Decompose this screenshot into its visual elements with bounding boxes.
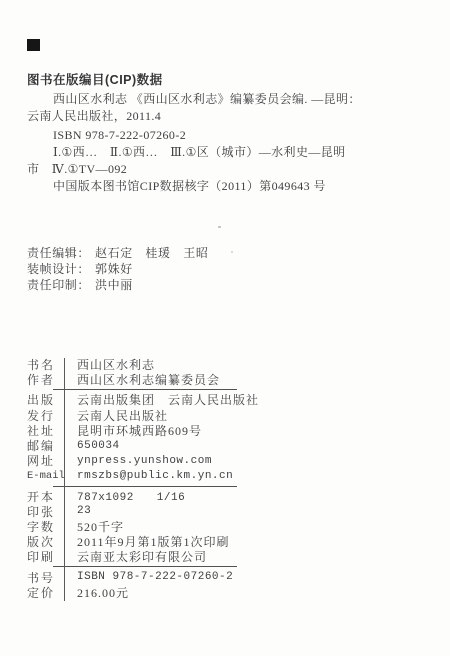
table-row-printer: 印刷 云南亚太彩印有限公司 [27,549,427,564]
cip-isbn-line: ISBN 978-7-222-07260-2 [27,127,427,144]
row-value: 650034 [64,440,120,452]
credit-label: 责任印制： [27,278,90,292]
row-label: 作者 [27,371,64,388]
row-label: 定价 [27,584,64,601]
row-value: 787x1092 1/16 [64,488,185,504]
table-row-website: 网址 ynpress.yunshow.com [27,453,427,468]
table-row-address: 社址 昆明市环城西路609号 [27,423,427,438]
credit-label: 装帧设计： [27,262,90,276]
credit-row-editor: 责任编辑：赵石定 桂瑗 王昭 [27,246,208,262]
credit-value: 赵石定 桂瑗 王昭 [95,246,208,260]
table-row-distributor: 发行 云南人民出版社 [27,408,427,423]
table-row-postcode: 邮编 650034 [27,438,427,453]
table-row-email: E-mail rmszbs@public.km.yn.cn [27,468,427,483]
credit-label: 责任编辑： [27,246,90,260]
row-value: 23 [64,505,91,517]
table-horizontal-rule [53,389,237,390]
scan-speck [231,251,233,253]
cip-heading: 图书在版编目(CIP)数据 [27,70,163,88]
cip-record-number-line: 中国版本图书馆CIP数据核字（2011）第049643 号 [27,178,427,195]
credit-row-designer: 装帧设计：郭姝好 [27,262,208,278]
row-value: 西山区水利志编纂委员会 [64,371,220,388]
table-row-isbn: 书号 ISBN 978-7-222-07260-2 [27,569,427,584]
table-row-word-count: 字数 520千字 [27,519,427,534]
row-label: 印刷 [27,548,64,565]
row-value: 云南亚太彩印有限公司 [64,548,207,565]
cip-line: 云南人民出版社，2011.4 [27,108,427,125]
colophon-table: 书名 西山区水利志 作者 西山区水利志编纂委员会 出版 云南出版集团 云南人民出… [27,357,427,600]
row-label: 网址 [27,452,64,469]
cip-line: 西山区水利志 《西山区水利志》编纂委员会编. —昆明： [27,91,427,108]
row-value: 昆明市环城西路609号 [64,422,202,439]
cip-classification-line: 市 Ⅳ.①TV—092 [27,161,427,178]
table-horizontal-rule [53,486,237,487]
copyright-page: 图书在版编目(CIP)数据 西山区水利志 《西山区水利志》编纂委员会编. —昆明… [0,0,450,656]
table-row-format: 开本 787x1092 1/16 [27,489,427,504]
row-value: 216.00元 [64,584,129,601]
credit-value: 洪中丽 [95,278,133,292]
table-row-title: 书名 西山区水利志 [27,357,427,372]
credits-block: 责任编辑：赵石定 桂瑗 王昭 装帧设计：郭姝好 责任印制：洪中丽 [27,246,208,293]
table-row-sheets: 印张 23 [27,504,427,519]
row-label: E-mail [27,470,64,482]
row-value: rmszbs@public.km.yn.cn [64,470,233,482]
table-row-price: 定价 216.00元 [27,585,427,600]
row-value: ISBN 978-7-222-07260-2 [64,571,233,583]
print-registration-mark [27,39,40,51]
table-horizontal-rule [53,566,237,567]
table-row-publisher: 出版 云南出版集团 云南人民出版社 [27,392,427,407]
credit-row-printing-supervisor: 责任印制：洪中丽 [27,278,208,294]
cip-classification-line: Ⅰ.①西… Ⅱ.①西… Ⅲ.①区（城市）—水利史—昆明 [27,144,427,161]
credit-value: 郭姝好 [95,262,133,276]
row-value: ynpress.yunshow.com [64,455,212,467]
cip-data-block: 西山区水利志 《西山区水利志》编纂委员会编. —昆明： 云南人民出版社，2011… [27,91,427,195]
table-vertical-divider [64,358,65,601]
table-row-author: 作者 西山区水利志编纂委员会 [27,372,427,387]
scan-speck [218,226,221,228]
table-row-edition: 版次 2011年9月第1版第1次印刷 [27,534,427,549]
